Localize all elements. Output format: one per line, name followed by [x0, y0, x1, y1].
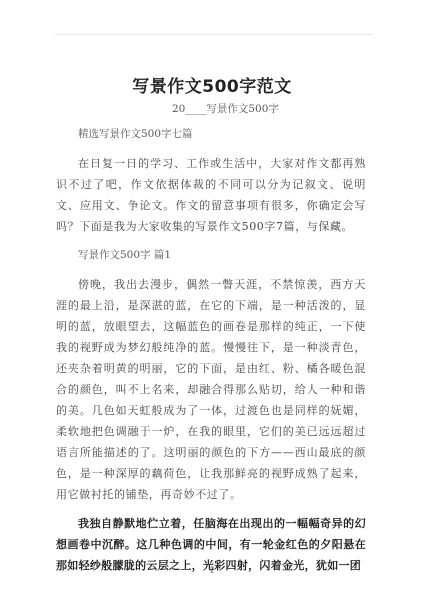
- paragraph-1: 傍晚，我出去漫步，偶然一瞥天涯，不禁惊羡，西方天涯的最上沿，是深湛的蓝，在它的下…: [56, 274, 366, 505]
- document-body: 精选写景作文500字七篇 在日复一日的学习、工作或生活中，大家对作文都再熟识不过…: [56, 124, 366, 576]
- document-title: 写景作文500字范文: [0, 72, 424, 97]
- section-heading: 精选写景作文500字七篇: [56, 124, 366, 145]
- page-number: 1: [0, 566, 424, 576]
- header-rule: [55, 34, 373, 35]
- document-subtitle: 20____写景作文500字: [172, 101, 279, 116]
- article-heading: 写景作文500字 篇1: [56, 245, 366, 266]
- intro-paragraph: 在日复一日的学习、工作或生活中，大家对作文都再熟识不过了吧，作文依据体裁的不同可…: [56, 153, 366, 237]
